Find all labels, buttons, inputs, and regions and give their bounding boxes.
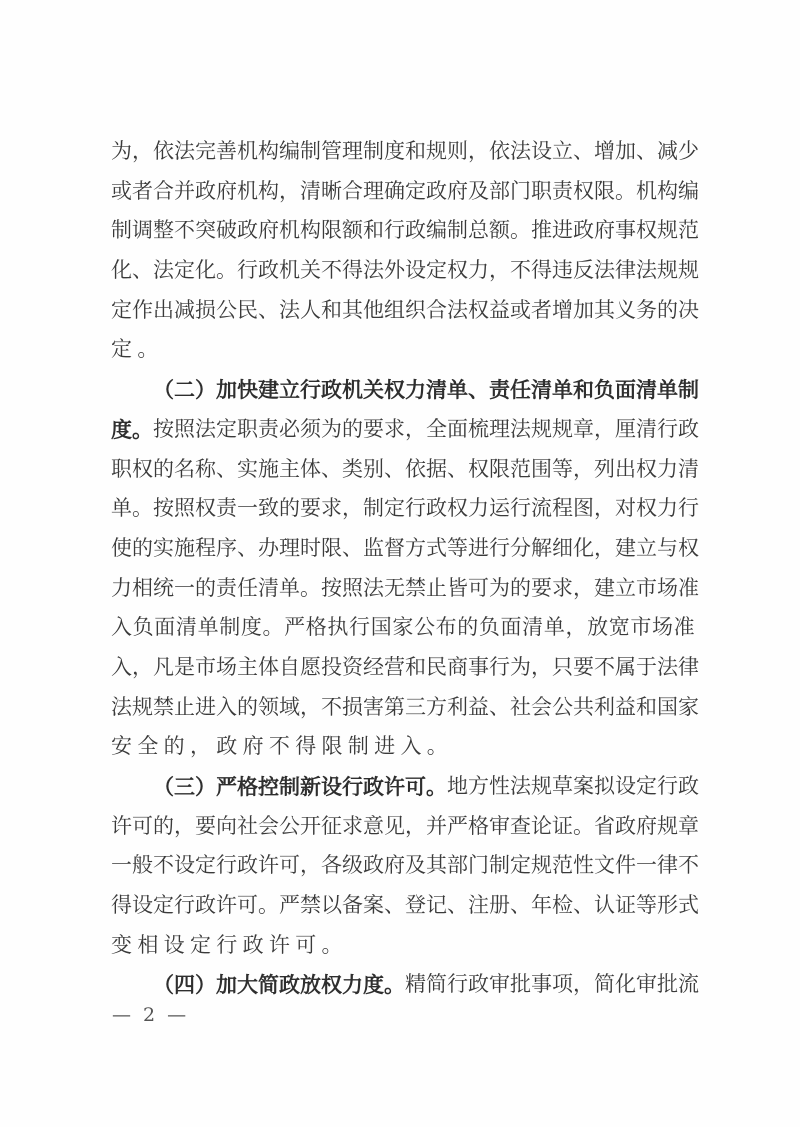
text-line: 一般不设定行政许可，各级政府及其部门制定规范性文件一律不	[111, 846, 695, 886]
text-line: 为，依法完善机构编制管理制度和规则，依法设立、增加、减少	[111, 132, 695, 172]
text-line: 定作出减损公民、法人和其他组织合法权益或者增加其义务的决	[111, 291, 695, 331]
document-body: 为，依法完善机构编制管理制度和规则，依法设立、增加、减少或者合并政府机构，清晰合…	[111, 132, 695, 1005]
section-heading-line: （四）加大简政放权力度。精简行政审批事项，简化审批流	[111, 965, 695, 1005]
text-line: 单。按照权责一致的要求，制定行政权力运行流程图，对权力行	[111, 489, 695, 529]
text-line: 入负面清单制度。严格执行国家公布的负面清单，放宽市场准	[111, 608, 695, 648]
text-line: 化、法定化。行政机关不得法外设定权力，不得违反法律法规规	[111, 251, 695, 291]
text-line: 得设定行政许可。严禁以备案、登记、注册、年检、认证等形式	[111, 886, 695, 926]
text-line: 或者合并政府机构，清晰合理确定政府及部门职责权限。机构编	[111, 172, 695, 212]
text-line: 法规禁止进入的领域，不损害第三方利益、社会公共利益和国家	[111, 688, 695, 728]
text-line: 入，凡是市场主体自愿投资经营和民商事行为，只要不属于法律	[111, 648, 695, 688]
text-line: 力相统一的责任清单。按照法无禁止皆可为的要求，建立市场准	[111, 569, 695, 609]
section-heading-line: （二）加快建立行政机关权力清单、责任清单和负面清单制	[111, 370, 695, 410]
document-page: 为，依法完善机构编制管理制度和规则，依法设立、增加、减少或者合并政府机构，清晰合…	[0, 0, 800, 1127]
page-number: — 2 —	[112, 1004, 189, 1026]
text-line: 使的实施程序、办理时限、监督方式等进行分解细化，建立与权	[111, 529, 695, 569]
text-line: 安全的，政府不得限制进入。	[111, 727, 695, 767]
text-line: 制调整不突破政府机构限额和行政编制总额。推进政府事权规范	[111, 211, 695, 251]
section-heading-line: （三）严格控制新设行政许可。地方性法规草案拟设定行政	[111, 767, 695, 807]
section-heading-line: 度。按照法定职责必须为的要求，全面梳理法规规章，厘清行政	[111, 410, 695, 450]
text-line: 定。	[111, 330, 695, 370]
text-line: 许可的，要向社会公开征求意见，并严格审查论证。省政府规章	[111, 807, 695, 847]
text-line: 变相设定行政许可。	[111, 926, 695, 966]
text-line: 职权的名称、实施主体、类别、依据、权限范围等，列出权力清	[111, 450, 695, 490]
